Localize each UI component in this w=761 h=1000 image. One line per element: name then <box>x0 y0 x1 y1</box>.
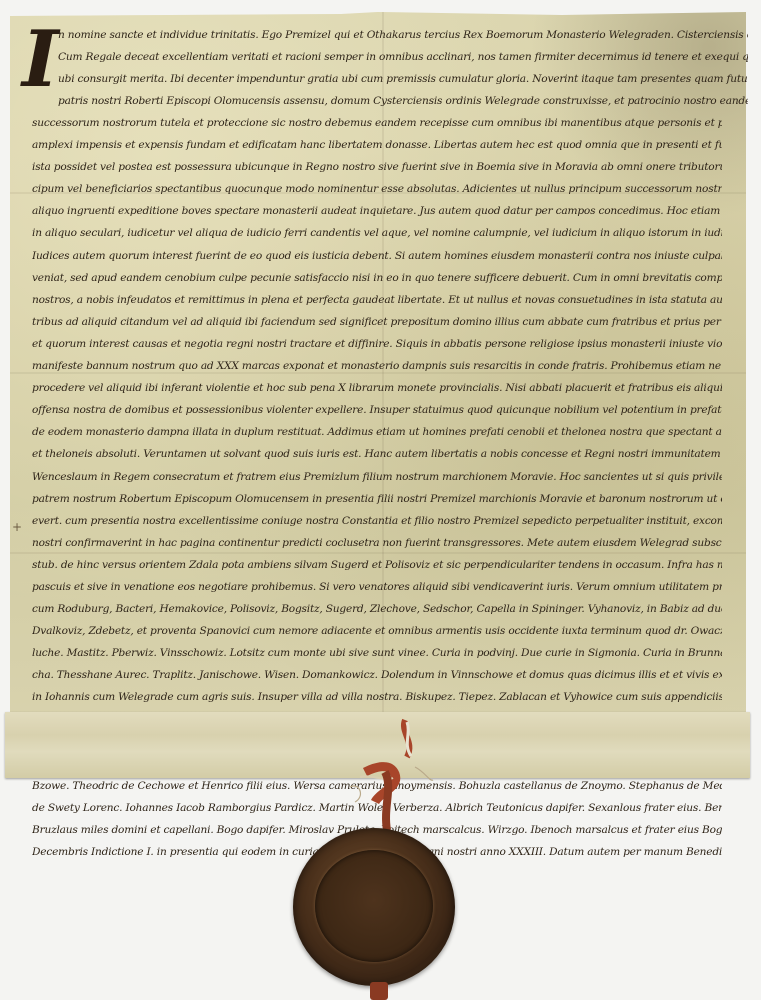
wax-seal <box>293 828 455 986</box>
text-line: et theloneis absoluti. Veruntamen ut sol… <box>32 443 722 465</box>
text-line: manifeste bannum nostrum quo ad XXX marc… <box>32 355 722 377</box>
text-line: offensa nostra de domibus et possessioni… <box>32 399 722 421</box>
text-line: Wenceslaum in Regem consecratum et fratr… <box>32 466 722 488</box>
text-line: n nomine sancte et individue trinitatis.… <box>58 24 748 46</box>
text-line: procedere vel aliquid ibi inferant viole… <box>32 377 722 399</box>
seal-impression <box>315 850 433 962</box>
text-line: cum Roduburg, Bacteri, Hemakovice, Polis… <box>32 598 722 620</box>
margin-cross-mark: + <box>12 520 22 534</box>
text-line: luche. Mastitz. Pberwiz. Vinsschowiz. Lo… <box>32 642 722 664</box>
text-line: amplexi impensis et expensis fundam et e… <box>32 134 722 156</box>
text-line: patrem nostrum Robertum Episcopum Olomuc… <box>32 488 722 510</box>
text-line: cipum vel beneficiarios spectantibus quo… <box>32 178 722 200</box>
text-line: nostros, a nobis infeudatos et remittimu… <box>32 289 722 311</box>
silk-cord <box>345 712 435 832</box>
text-line: veniat, sed apud eandem cenobium culpe p… <box>32 267 722 289</box>
text-line: et quorum interest causas et negotia reg… <box>32 333 722 355</box>
seal-cord-tail <box>370 982 388 1000</box>
decorated-initial-letter: I <box>22 20 59 100</box>
text-line: in aliquo seculari, iudicetur vel aliqua… <box>32 222 722 244</box>
text-line: Dvalkoviz, Zdebetz, et proventa Spanovic… <box>32 620 722 642</box>
text-line: evert. cum presentia nostra excellentiss… <box>32 510 722 532</box>
text-line: de eodem monasterio dampna illata in dup… <box>32 421 722 443</box>
text-line: in Iohannis cum Welegrade cum agris suis… <box>32 686 722 708</box>
charter-text: n nomine sancte et individue trinitatis.… <box>58 24 748 112</box>
text-line: tribus ad aliquid citandum vel ad aliqui… <box>32 311 722 333</box>
text-line: aliquo ingruenti expeditione boves spect… <box>32 200 722 222</box>
text-line: stub. de hinc versus orientem Zdala pota… <box>32 554 722 576</box>
text-line: ista possidet vel postea est possessura … <box>32 156 722 178</box>
text-line: patris nostri Roberti Episcopi Olomucens… <box>58 90 748 112</box>
text-line: successorum nostrorum tutela et protecci… <box>32 112 722 134</box>
text-line: ubi consurgit merita. Ibi decenter impen… <box>58 68 748 90</box>
text-line: nostri confirmaverint in hac pagina cont… <box>32 532 722 554</box>
text-line: pascuis et sive in venatione eos negotia… <box>32 576 722 598</box>
text-line: Iudices autem quorum interest fuerint de… <box>32 245 722 267</box>
text-line: Cum Regale deceat excellentiam veritati … <box>58 46 748 68</box>
text-line: cha. Thesshane Aurec. Traplitz. Janischo… <box>32 664 722 686</box>
